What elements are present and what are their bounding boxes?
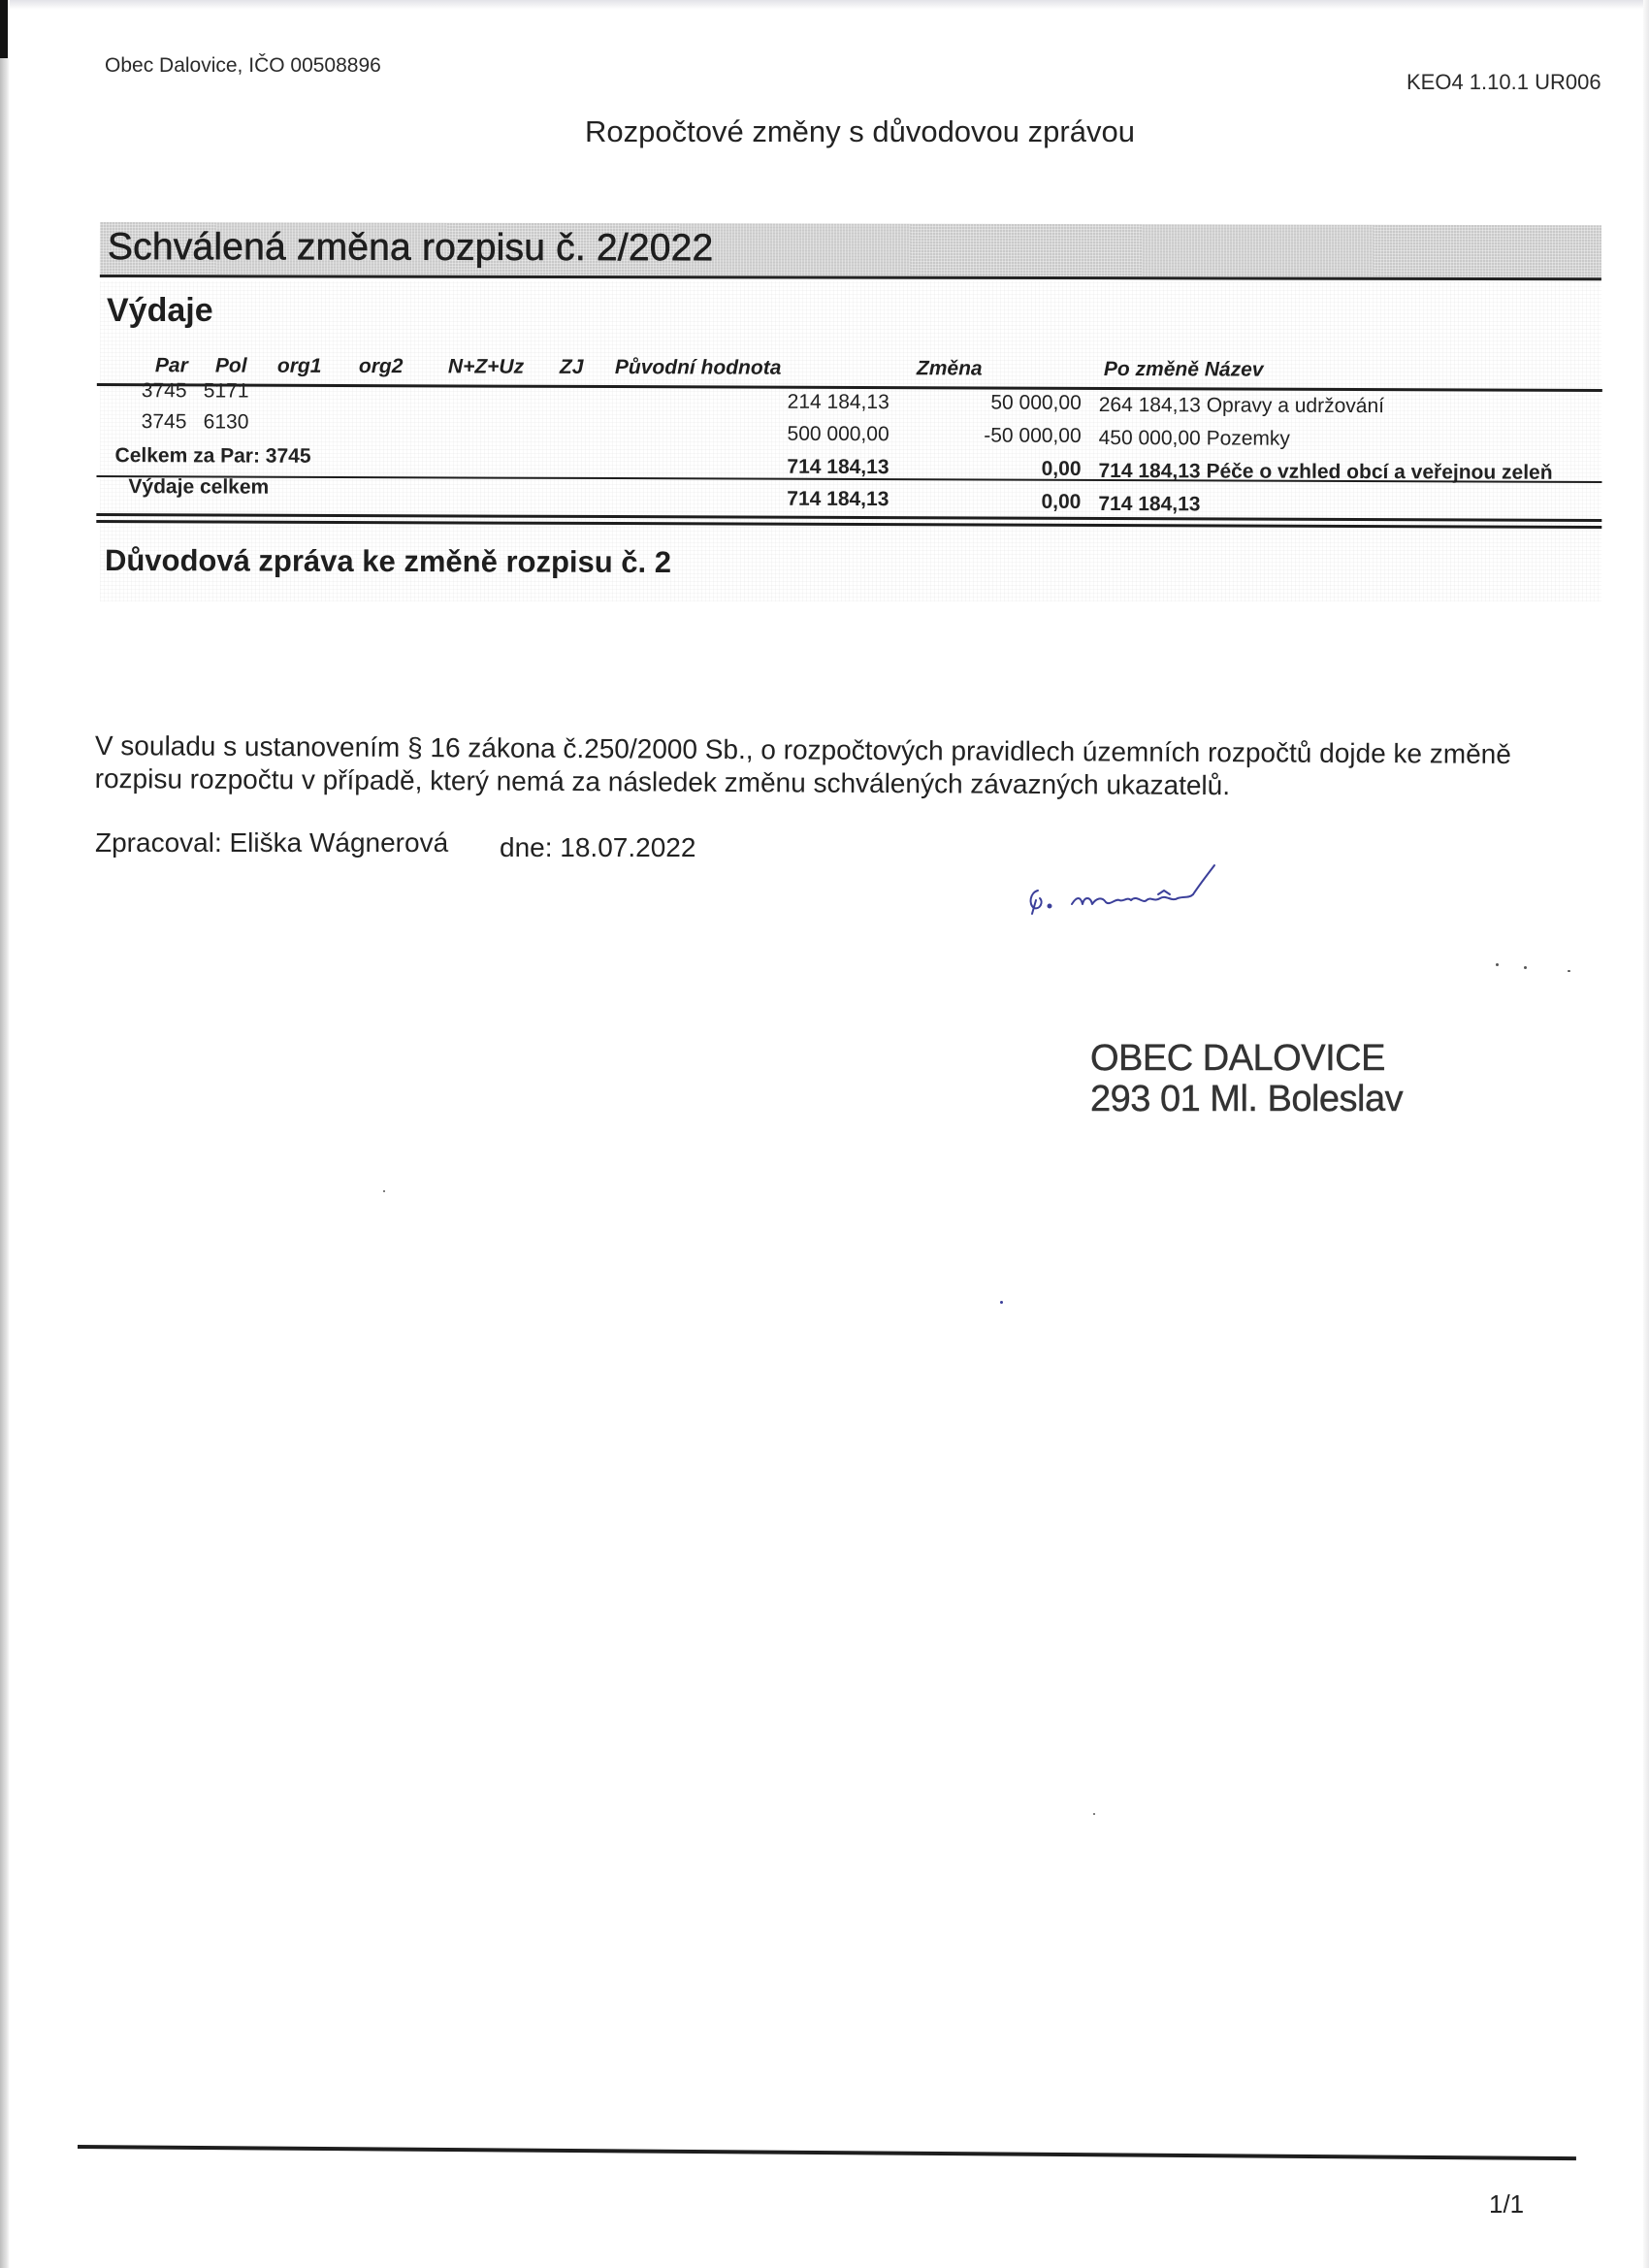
justification-paragraph: V souladu s ustanovením § 16 zákona č.25… — [95, 729, 1550, 804]
scan-noise — [1568, 970, 1570, 972]
scan-right-edge — [1643, 0, 1649, 2268]
header-org2: org2 — [359, 355, 404, 378]
scan-noise — [1000, 1301, 1003, 1304]
total-change: 0,00 — [1041, 491, 1081, 514]
subtotal-label: Celkem za Par: 3745 — [115, 444, 311, 469]
cell-name: Opravy a udržování — [1207, 394, 1384, 417]
header-org1: org1 — [277, 355, 322, 378]
cell-after-value: 264 184,13 — [1099, 394, 1201, 416]
cell-par: 3745 — [142, 379, 187, 403]
total-rule-bottom — [96, 520, 1601, 529]
subtotal-change: 0,00 — [1042, 458, 1082, 481]
header-pol: Pol — [215, 354, 247, 377]
stamp-line-1: OBEC DALOVICE — [1090, 1038, 1403, 1079]
cell-after-value: 450 000,00 — [1099, 427, 1201, 449]
processed-by: Zpracoval: Eliška Wágnerová — [95, 827, 448, 859]
cell-change: -50 000,00 — [984, 425, 1082, 448]
cell-pol: 6130 — [204, 410, 249, 434]
document-title: Rozpočtové změny s důvodovou zprávou — [585, 114, 1135, 149]
cell-change: 50 000,00 — [990, 392, 1082, 415]
header-after-change-name: Po změně Název — [1104, 358, 1264, 382]
municipal-stamp: OBEC DALOVICE 293 01 Ml. Boleslav — [1090, 1038, 1403, 1119]
header-zj: ZJ — [560, 356, 584, 379]
header-change: Změna — [917, 357, 983, 380]
scan-noise — [1524, 966, 1527, 969]
organization-header: Obec Dalovice, IČO 00508896 — [105, 54, 381, 78]
cell-pol: 5171 — [204, 379, 249, 403]
total-after: 714 184,13 — [1098, 493, 1200, 516]
cell-after: 450 000,00 Pozemky — [1099, 427, 1290, 451]
section-banner: Schválená změna rozpisu č. 2/2022 — [100, 222, 1601, 280]
report-code: KEO4 1.10.1 UR006 — [1406, 70, 1601, 95]
processed-date: dne: 18.07.2022 — [500, 832, 695, 863]
stamp-line-2: 293 01 Ml. Boleslav — [1090, 1079, 1403, 1119]
handwritten-signature-icon — [1018, 854, 1309, 922]
budget-change-table: Par Pol org1 org2 N+Z+Uz ZJ Původní hodn… — [96, 346, 1602, 536]
scan-top-edge — [0, 0, 1649, 10]
scan-left-mark — [0, 0, 8, 58]
justification-heading: Důvodová zpráva ke změně rozpisu č. 2 — [105, 543, 671, 580]
total-label: Výdaje celkem — [128, 475, 269, 500]
subtotal-original: 714 184,13 — [787, 456, 889, 479]
total-original: 714 184,13 — [787, 488, 889, 511]
cell-after: 264 184,13 Opravy a udržování — [1099, 394, 1384, 418]
cell-name: Pozemky — [1207, 427, 1290, 449]
header-original-value: Původní hodnota — [615, 356, 782, 380]
header-nzuz: N+Z+Uz — [448, 355, 524, 378]
page-number: 1/1 — [1489, 2189, 1524, 2219]
scan-noise — [1093, 1813, 1095, 1815]
scan-left-edge — [0, 0, 10, 2268]
cell-original: 214 184,13 — [788, 391, 889, 414]
footer-rule — [78, 2145, 1576, 2160]
scan-noise — [383, 1190, 385, 1192]
cell-original: 500 000,00 — [788, 423, 889, 446]
cell-par: 3745 — [142, 410, 187, 434]
header-par: Par — [155, 354, 188, 377]
scan-noise — [1496, 963, 1499, 966]
section-heading-expenses: Výdaje — [107, 292, 213, 330]
section-title: Schválená změna rozpisu č. 2/2022 — [108, 226, 714, 270]
